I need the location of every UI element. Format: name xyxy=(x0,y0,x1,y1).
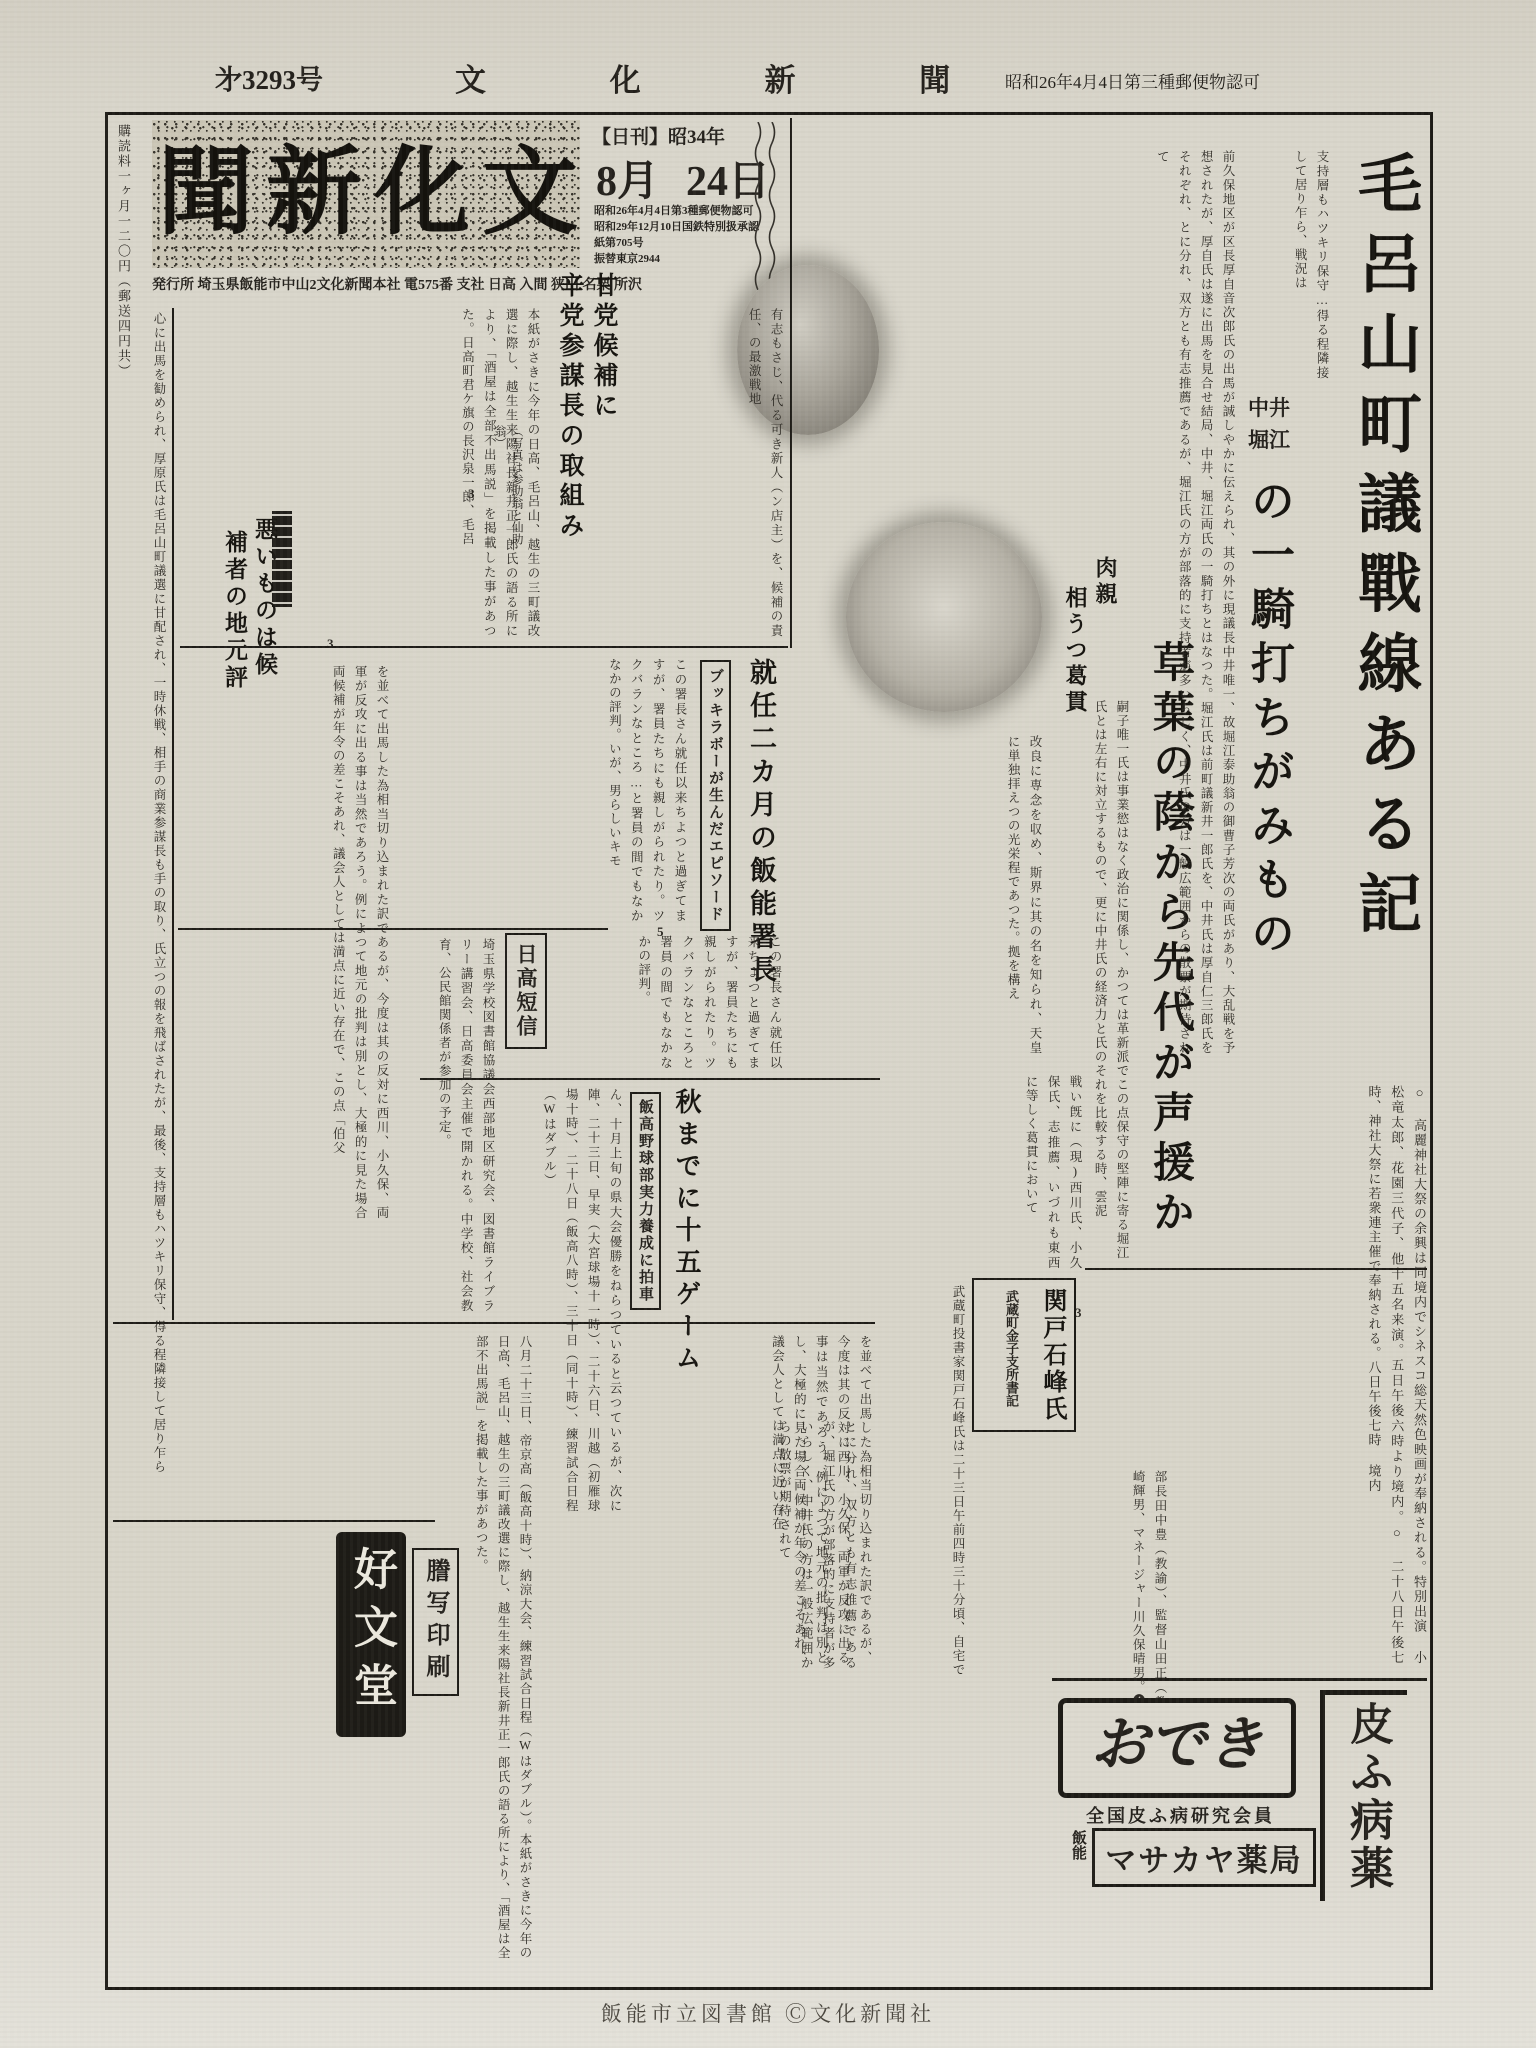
body-text-filler: を並べて出馬した為相当切り込まれた訳であるが、今度は其の反対に西川、小久保、両軍… xyxy=(545,1335,875,1665)
column-rule xyxy=(420,1078,880,1080)
page-title: 文 化 新 聞 xyxy=(455,55,1008,100)
library-credit: 飯能市立図書館 Ⓒ文化新聞社 xyxy=(0,1998,1536,2028)
wavy-divider xyxy=(766,122,778,290)
body-text-filler: 心に出馬を勧められ、厚原氏は毛呂山町議選に甘配され、一時休戦、相手の商業参謀長も… xyxy=(113,312,169,1962)
kobundo-ad: 好文堂 xyxy=(336,1532,406,1737)
chief-body-text: この署長さん就任以来ちよつと過ぎてますが、署員たちにも親しがられたり。ツクバラン… xyxy=(420,658,690,923)
wavy-divider xyxy=(752,122,764,290)
issue-number: 㐧3293号 xyxy=(215,58,323,97)
body-text-filler: この署長さん就任以来ちよつと過ぎてますが、署員たちにも親しがられたり。ツクバラン… xyxy=(545,935,785,1070)
kanto-title: 武蔵町金子支所書記 xyxy=(1002,1290,1021,1407)
lead-body-text: 支持層もハツキリ保守…得る程隣接して居り乍ら、戦況は xyxy=(1252,150,1332,380)
kanto-name: 関戸石峰氏 xyxy=(1035,1288,1070,1423)
column-rule xyxy=(172,308,174,1320)
masakaya-ad-place: 飯能 xyxy=(1068,1830,1089,1860)
chief-subhead: ブッキラボーが生んだエピソード xyxy=(700,660,731,931)
lead-kicker-name-1: 中井 xyxy=(1248,393,1290,425)
section-marker: 3 xyxy=(327,636,334,652)
portrait-photo-2 xyxy=(846,522,1042,712)
column-rule xyxy=(113,1520,435,1522)
column-rule xyxy=(1085,1268,1427,1270)
masakaya-ad: おでき 皮ふ病薬 全国皮ふ病研究会員 飯能 マサカヤ薬局 xyxy=(1058,1690,1428,1890)
masthead-logo: 聞新化文 xyxy=(158,118,574,268)
lead-headline-main: 毛呂山町議戰線ある記 xyxy=(1338,150,1430,1030)
permit-line-2: 昭和29年12月10日国鉄特別扱承認 xyxy=(594,218,759,234)
kanto-body-text: 武蔵町投書家関戸石峰氏は二十三日午前四時三十分頃、自宅で xyxy=(880,1285,968,1685)
publisher-line: 発行所 埼玉県飯能市中山2文化新聞本社 電575番 支社 日高 入間 狭山 名栗… xyxy=(152,274,792,294)
amato-body-text: 本紙がさきに今年の日高、毛呂山、越生の三町議改選に際し、越生生来陽社長新井正一郎… xyxy=(300,308,543,638)
column-rule xyxy=(1052,1678,1427,1681)
amato-headline-line2: 辛党参謀長の取組み xyxy=(551,272,587,542)
column-rule xyxy=(178,928,608,930)
masakaya-ad-store: マサカヤ薬局 xyxy=(1092,1828,1316,1887)
section-marker: 3 xyxy=(468,486,475,502)
masakaya-ad-category: 皮ふ病薬 xyxy=(1320,1690,1407,1901)
masakaya-ad-member: 全国皮ふ病研究会員 xyxy=(1086,1802,1275,1828)
paper-number: 紙第705号 xyxy=(594,234,644,250)
lead-body-text: 改良に専念を収め、斯界に其の名を知られ、天皇に単独拝えつの光栄程であつた。拠を構… xyxy=(795,735,1045,1055)
kobundo-ad-service: 謄写印刷 xyxy=(412,1548,459,1696)
column-rule xyxy=(790,118,792,648)
hidaka-headline: 日高短信 xyxy=(505,933,547,1049)
shrine-notice-text: ○ 高麗神社大祭の余興は同境内でシネスコ総天然色映画が奉納される。特別出演 小松… xyxy=(1195,1085,1430,1665)
permit-line-1: 昭和26年4月4日第3種郵便物認可 xyxy=(594,202,754,218)
lead-headline-sub: の一騎打ちがみもの xyxy=(1236,478,1300,998)
kobundo-ad-name: 好文堂 xyxy=(339,1546,403,1726)
postal-permit: 昭和26年4月4日第三種郵便物認可 xyxy=(1005,68,1260,93)
section-marker: 5 xyxy=(657,924,664,940)
lead-body-text: 戦い旣に（現)西川氏、小久保氏、志推薦、いづれも東西に等しく葛貫において xyxy=(795,1075,1085,1270)
lead-kicker-name-2: 堀江 xyxy=(1248,425,1290,457)
amato-headline-line1: 甘党候補に xyxy=(585,272,621,422)
masakaya-ad-product: おでき xyxy=(1058,1698,1296,1798)
newspaper-page: 㐧3293号 文 化 新 聞 昭和26年4月4日第三種郵便物認可 購読料一ヶ月一… xyxy=(0,0,1536,2048)
postal-transfer: 振替東京2944 xyxy=(594,250,660,266)
date-month: 8月 xyxy=(596,148,659,208)
column-rule xyxy=(113,1322,875,1324)
daily-edition-label: 【日刊】昭34年 xyxy=(592,122,725,149)
waruimono-headline-line1: 悪いものは候 xyxy=(248,517,281,679)
baseball-kicker: 飯高野球部実力養成に拍車 xyxy=(630,1092,661,1310)
column-rule xyxy=(180,646,788,648)
amato-body-text: 有志もさじ、代る可き新人（ン店主）を、候補の責任、の最激戦地 xyxy=(618,308,786,638)
